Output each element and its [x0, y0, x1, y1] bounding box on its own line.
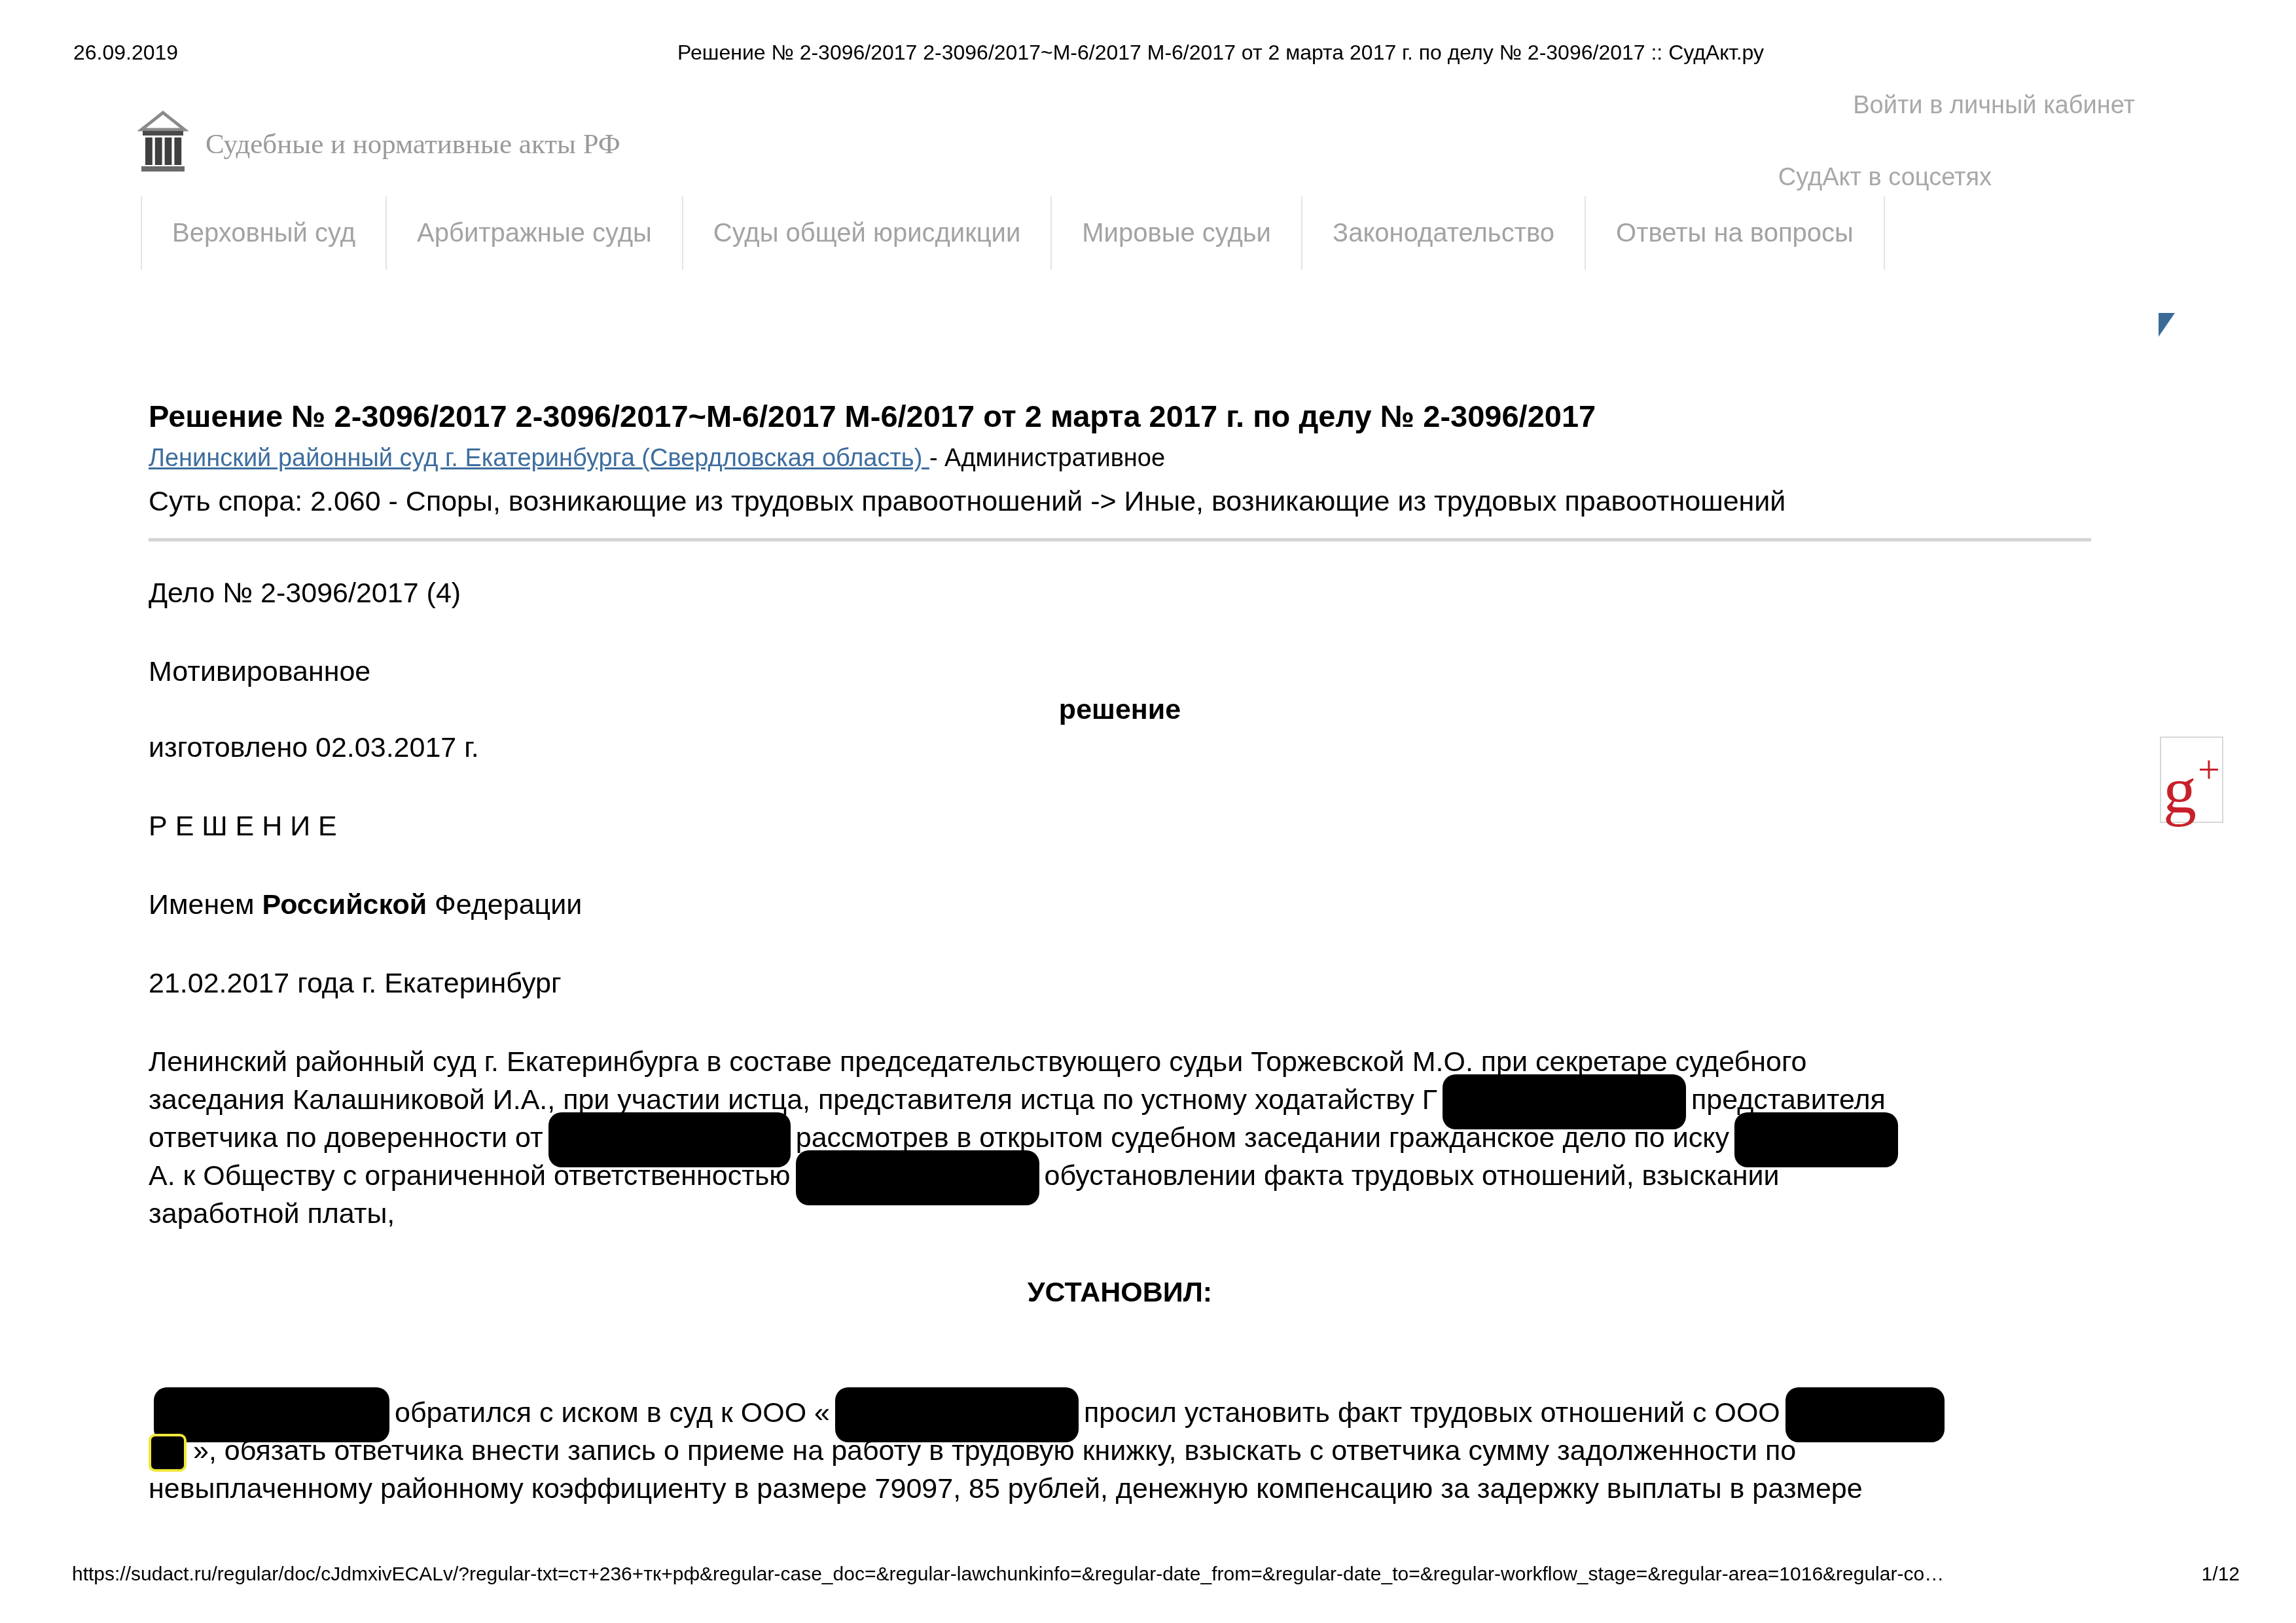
text-segment: Федерации [427, 889, 582, 921]
paragraph: Р Е Ш Е Н И Е [149, 807, 2091, 845]
document-title: Решение № 2-3096/2017 2-3096/2017~М-6/20… [149, 398, 2091, 435]
print-footer-url: https://sudact.ru/regular/doc/cJdmxivECA… [72, 1563, 1944, 1586]
nav-item-legislation[interactable]: Законодательство [1301, 196, 1585, 270]
nav-item-magistrates[interactable]: Мировые судьи [1050, 196, 1301, 270]
text-line: решение [149, 691, 2091, 729]
google-plus-icon: g+ [2163, 737, 2220, 824]
feedback-book-banner[interactable]: Книга отзывов [2159, 313, 2221, 576]
text-segment: представителя [1691, 1084, 1886, 1116]
text-segment: 21.02.2017 года г. Екатеринбург [149, 968, 562, 999]
page: 26.09.2019 Решение № 2-3096/2017 2-3096/… [0, 0, 2296, 1623]
text-segment: Российской [262, 889, 427, 921]
text-line: Дело № 2-3096/2017 (4) [149, 574, 2091, 612]
courthouse-icon [137, 110, 188, 179]
nav-item-arbitration[interactable]: Арбитражные суды [386, 196, 682, 270]
nav-item-supreme-court[interactable]: Верховный суд [141, 196, 386, 270]
redaction-bar-highlighted [149, 1434, 187, 1472]
text-segment: заработной платы, [149, 1198, 395, 1230]
print-footer-page: 1/12 [2202, 1563, 2240, 1586]
text-segment: УСТАНОВИЛ: [1028, 1277, 1212, 1308]
text-segment: рассмотрев в открытом судебном заседании… [796, 1122, 1729, 1154]
text-segment: А. к Обществу с ограниченной ответственн… [149, 1160, 791, 1192]
document-content: Решение № 2-3096/2017 2-3096/2017~М-6/20… [149, 398, 2091, 1548]
text-segment: решение [1059, 694, 1181, 725]
social-link[interactable]: СудАкт в соцсетях [1778, 164, 1992, 192]
text-line: Мотивированное [149, 653, 2091, 691]
text-line: ответчика по доверенности отрассмотрев в… [149, 1119, 2091, 1157]
site-logo[interactable]: Судебные и нормативные акты РФ [137, 110, 620, 179]
print-title: Решение № 2-3096/2017 2-3096/2017~М-6/20… [677, 41, 1764, 65]
nav-item-general-courts[interactable]: Суды общей юрисдикции [682, 196, 1050, 270]
paragraph: Мотивированноерешениеизготовлено 02.03.2… [149, 653, 2091, 767]
text-line: Именем Российской Федерации [149, 886, 2091, 924]
text-line: УСТАНОВИЛ: [149, 1273, 2091, 1311]
case-type-label: - Административное [929, 445, 1165, 472]
text-line: 21.02.2017 года г. Екатеринбург [149, 964, 2091, 1002]
divider [149, 538, 2091, 541]
login-link[interactable]: Войти в личный кабинет [1853, 92, 2135, 120]
main-nav: Верховный суд Арбитражные суды Суды обще… [141, 196, 1885, 270]
paragraph: Именем Российской Федерации [149, 886, 2091, 924]
paragraph: Ленинский районный суд г. Екатеринбурга … [149, 1043, 2091, 1233]
text-segment: невыплаченному районному коэффициенту в … [149, 1473, 1863, 1504]
text-segment: обратился с иском в суд к ООО « [395, 1397, 830, 1429]
document-body: Дело № 2-3096/2017 (4)Мотивированноереше… [149, 574, 2091, 1508]
text-segment: Р Е Ш Е Н И Е [149, 811, 337, 842]
text-line: Р Е Ш Е Н И Е [149, 807, 2091, 845]
text-line: заработной платы, [149, 1195, 2091, 1233]
text-segment: Ленинский районный суд г. Екатеринбурга … [149, 1046, 1807, 1078]
text-line: невыплаченному районному коэффициенту в … [149, 1470, 2091, 1508]
dispute-subject: Суть спора: 2.060 - Споры, возникающие и… [149, 483, 2091, 520]
paragraph: 21.02.2017 года г. Екатеринбург [149, 964, 2091, 1002]
redaction-bar [796, 1150, 1039, 1205]
text-line: обратился с иском в суд к ООО «просил ус… [149, 1394, 2091, 1432]
paragraph: Дело № 2-3096/2017 (4) [149, 574, 2091, 612]
text-segment: Дело № 2-3096/2017 (4) [149, 577, 461, 609]
text-segment: Именем [149, 889, 262, 921]
court-link[interactable]: Ленинский районный суд г. Екатеринбурга … [149, 445, 929, 472]
text-segment: ответчика по доверенности от [149, 1122, 543, 1154]
nav-item-answers[interactable]: Ответы на вопросы [1585, 196, 1885, 270]
paragraph: обратился с иском в суд к ООО «просил ус… [149, 1394, 2091, 1508]
redaction-bar [1785, 1387, 1945, 1442]
court-line: Ленинский районный суд г. Екатеринбурга … [149, 443, 2091, 474]
google-plus-button[interactable]: g+ [2160, 737, 2223, 823]
text-segment: изготовлено 02.03.2017 г. [149, 732, 479, 763]
text-segment: обустановлении факта трудовых отношений,… [1045, 1160, 1780, 1192]
logo-text: Судебные и нормативные акты РФ [206, 128, 620, 160]
text-segment: Мотивированное [149, 656, 370, 687]
text-segment: заседания Калашниковой И.А., при участии… [149, 1084, 1437, 1116]
text-segment: », обязать ответчика внести запись о при… [193, 1435, 1796, 1467]
print-date: 26.09.2019 [73, 41, 178, 65]
text-line: изготовлено 02.03.2017 г. [149, 729, 2091, 767]
text-line: Ленинский районный суд г. Екатеринбурга … [149, 1043, 2091, 1081]
paragraph: УСТАНОВИЛ: [149, 1273, 2091, 1311]
text-segment: просил установить факт трудовых отношени… [1084, 1397, 1780, 1429]
